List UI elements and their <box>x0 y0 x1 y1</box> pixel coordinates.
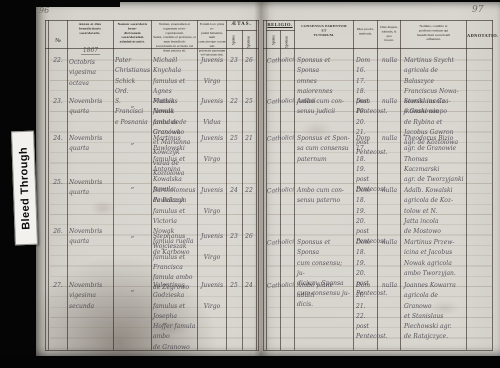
header-names-text: Nomen, praenomen et cognomen novo- copul… <box>152 22 197 53</box>
cell-status: Juvenis Virgo <box>199 186 225 217</box>
bleed-through-tag-label: Bleed Through <box>17 146 32 229</box>
cell-status: Juvenis Virgo <box>199 134 225 165</box>
bleed-through-tag: Bleed Through <box>11 131 38 246</box>
cell-dispensation: nulla <box>380 134 399 144</box>
cell-status: Juvenis Vidua <box>199 97 225 128</box>
header-proclamation-text: Dies procla- mationis. <box>355 27 376 36</box>
cell-witnesses: Martinus Przew- icina et Jacobus Nowak a… <box>404 238 465 279</box>
header-dispensation-text: Dies dispen- sationis, si qua forent. <box>379 25 399 43</box>
cell-consensus: Ambo plane adulti <box>297 281 351 302</box>
header-aetas-sponsi: Sponsi <box>227 32 241 53</box>
entry-number: 26. <box>50 227 66 237</box>
cell-age-sponsi: 23 <box>227 232 241 242</box>
cell-age-sponsae: 26 <box>243 56 255 66</box>
cell-priest: „ <box>115 97 150 110</box>
cell-priest: „ <box>115 281 150 294</box>
header-proclamation: Dies procla- mationis. <box>355 27 376 45</box>
header-status-text: Eorum loco prius co- pulati habentur, nu… <box>198 22 226 57</box>
year-note: 1867 <box>69 46 112 56</box>
header-annotation: ADNOTATIO. <box>467 33 492 38</box>
cell-religio: Catholici <box>267 280 294 292</box>
cell-religio: Catholici <box>267 96 294 108</box>
cell-age-sponsi: 25 <box>227 134 241 144</box>
header-witnesses-text: Nomina, conditio et professio testium qu… <box>402 24 465 42</box>
right-folio-number: 97 <box>472 5 483 15</box>
cell-priest: Pater Christianus Schick Ord. S. Francis… <box>115 56 150 128</box>
header-aetas-sponsae: Sponsae <box>243 32 255 57</box>
header-date: Annus et dies benedictionis sacerdotalis… <box>68 22 112 48</box>
cell-age-sponsae: 25 <box>243 97 255 107</box>
header-religio-sponsi: Sponsi <box>267 32 280 53</box>
header-religio-sponsae-text: Sponsae <box>285 36 289 48</box>
header-priest-text: Nomen sacerdotis bene- dictionem sacerdo… <box>114 22 151 44</box>
cell-witnesses: Joannes Kowarra agricola de Granowo et S… <box>404 281 465 343</box>
cell-religio: Catholici <box>267 185 294 197</box>
header-entry-number: № <box>50 38 66 44</box>
year-note-text: 1867 <box>81 47 100 55</box>
cell-date: Novembris quarta <box>69 97 112 118</box>
cell-age-sponsi: 23 <box>227 56 241 66</box>
cell-dispensation: nulla <box>380 56 399 66</box>
cell-dispensation: nulla <box>380 281 399 291</box>
cell-date: Novembris quarta <box>69 227 112 248</box>
cell-status: Juvenis Virgo <box>199 56 225 87</box>
cell-date: Novembris vigesima secunda <box>69 281 112 312</box>
header-aetas-sponsae-text: Sponsae <box>247 36 251 48</box>
cell-status: Juvenis Virgo <box>199 281 225 312</box>
cell-consensus: Sponsus et Spon- sa cum consensu paternu… <box>297 134 351 165</box>
cell-priest: „ <box>115 134 150 147</box>
cell-age-sponsi: 25 <box>227 281 241 291</box>
entry-number: 24. <box>50 134 66 144</box>
header-religio-sponsi-text: Sponsi <box>272 35 276 45</box>
cell-religio: Catholici <box>267 55 294 67</box>
header-aetas-sponsi-text: Sponsi <box>232 35 236 45</box>
cell-dispensation: nulla <box>380 186 399 196</box>
cell-priest: „ <box>115 178 150 191</box>
header-consensus-text: CONSENSUS PARENTUM ET TUTORUM. <box>296 24 352 37</box>
scan-bottom-edge <box>0 356 500 368</box>
register-scan: 96 97 № Annus et dies benedictionis sace… <box>0 0 500 368</box>
entry-number: 22. <box>50 56 66 66</box>
cell-names: Valentinus Godzieska famulus et Josepha … <box>153 281 196 353</box>
header-witnesses: Nomina, conditio et professio testium qu… <box>402 24 465 59</box>
cell-age-sponsi: 22 <box>227 97 241 107</box>
header-date-text: Annus et dies benedictionis sacerdotalis… <box>68 22 112 35</box>
cell-dispensation: nulla <box>380 97 399 107</box>
cell-age-sponsi: 24 <box>227 186 241 196</box>
header-religio-sponsae: Sponsae <box>281 32 293 57</box>
cell-priest: „ <box>115 227 150 240</box>
header-aetas: ÆTAS. <box>227 22 256 27</box>
cell-religio: Catholici <box>267 133 294 145</box>
cell-witnesses: Adalb. Kowalski agricola de Koz- tolow e… <box>404 186 465 237</box>
cell-status: Juvenis Virgo <box>199 232 225 263</box>
cell-religio: Catholici <box>267 237 294 249</box>
cell-date: Novembris quarta <box>69 134 112 155</box>
entry-number: 23. <box>50 97 66 107</box>
cell-age-sponsae: 21 <box>243 134 255 144</box>
cell-witnesses: Theodorus Bizio agr. de Granowie Thomas … <box>404 134 465 185</box>
cell-proclamation: Dom 20. 21. 22. post Pentecost. <box>356 281 376 343</box>
cell-date: Novembris quarta <box>69 178 112 199</box>
cell-date: Octobris vigesima octava <box>69 58 112 89</box>
header-dispensation: Dies dispen- sationis, si qua forent. <box>379 25 399 60</box>
cell-consensus: Ambo cum con- sensu paterno <box>297 186 351 207</box>
cell-age-sponsae: 24 <box>243 281 255 291</box>
header-consensus: CONSENSUS PARENTUM ET TUTORUM. <box>296 24 352 50</box>
cell-age-sponsae: 26 <box>243 232 255 242</box>
entry-number: 25. <box>50 178 66 188</box>
left-folio-number: 96 <box>39 6 49 15</box>
cell-age-sponsae: 22 <box>243 186 255 196</box>
header-religio: RELIGIO. <box>267 22 293 27</box>
entry-number: 27. <box>50 281 66 291</box>
cell-consensus: Ambo cum con- sensu judicii <box>297 97 351 118</box>
cell-dispensation: nulla <box>380 238 399 248</box>
